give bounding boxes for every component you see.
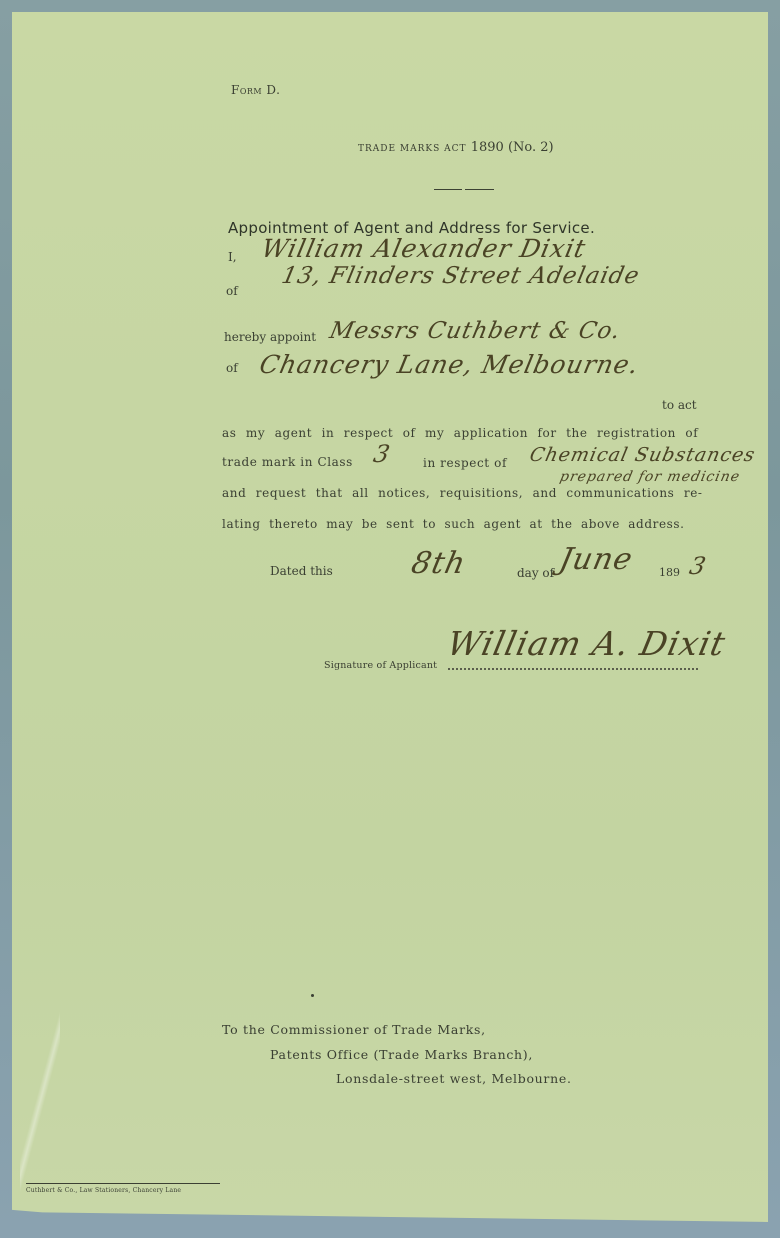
act-number: (No. 2) (508, 140, 554, 155)
hereby-appoint-label: hereby appoint (224, 330, 316, 344)
applicant-name-field[interactable]: William Alexander Dixit (259, 234, 589, 263)
imprint-rule (26, 1183, 220, 1184)
agent-clause-line: as my agent in respect of my application… (222, 426, 698, 440)
form-paper (12, 12, 768, 1222)
dated-this-label: Dated this (270, 564, 333, 578)
goods-description-line-1[interactable]: Chemical Substances (528, 444, 758, 466)
to-act-label: to act (662, 398, 697, 412)
request-clause-line: and request that all notices, requisitio… (222, 486, 703, 500)
signature-dotted-line (448, 668, 698, 670)
act-heading: TRADE MARKS ACT 1890 (No. 2) (358, 140, 554, 155)
form-label: Form D. (231, 83, 280, 97)
addressee-line-1: To the Commissioner of Trade Marks, (222, 1022, 486, 1037)
agent-name-field[interactable]: Messrs Cuthbert & Co. (327, 318, 623, 344)
day-field[interactable]: 8th (408, 546, 469, 581)
i-label: I, (228, 250, 237, 264)
of-label-agent: of (226, 361, 238, 375)
class-label: trade mark in Class (222, 455, 353, 469)
divider-rule-right (465, 189, 494, 190)
act-year: 1890 (471, 140, 504, 155)
act-prefix: TRADE MARKS ACT (358, 144, 467, 154)
applicant-signature-field[interactable]: William A. Dixit (444, 624, 730, 663)
in-respect-of-label: in respect of (423, 456, 507, 470)
addressee-line-2: Patents Office (Trade Marks Branch), (270, 1047, 533, 1062)
of-label-applicant: of (226, 284, 238, 298)
divider-rule-left (434, 189, 462, 190)
day-of-label: day of (517, 566, 554, 580)
addressee-line-3: Lonsdale-street west, Melbourne. (336, 1071, 572, 1086)
applicant-address-field[interactable]: 13, Flinders Street Adelaide (279, 263, 642, 289)
goods-description-line-2[interactable]: prepared for medicine (558, 469, 741, 485)
agent-address-field[interactable]: Chancery Lane, Melbourne. (257, 350, 642, 379)
paper-fold-crease (20, 1007, 60, 1197)
printer-imprint: Cuthbert & Co., Law Stationers, Chancery… (26, 1187, 181, 1194)
month-field[interactable]: June (556, 542, 636, 577)
relating-clause-line: lating thereto may be sent to such agent… (222, 517, 685, 531)
signature-label: Signature of Applicant (324, 660, 437, 671)
year-prefix-label: 189 (659, 566, 680, 579)
ink-dot (311, 994, 314, 997)
